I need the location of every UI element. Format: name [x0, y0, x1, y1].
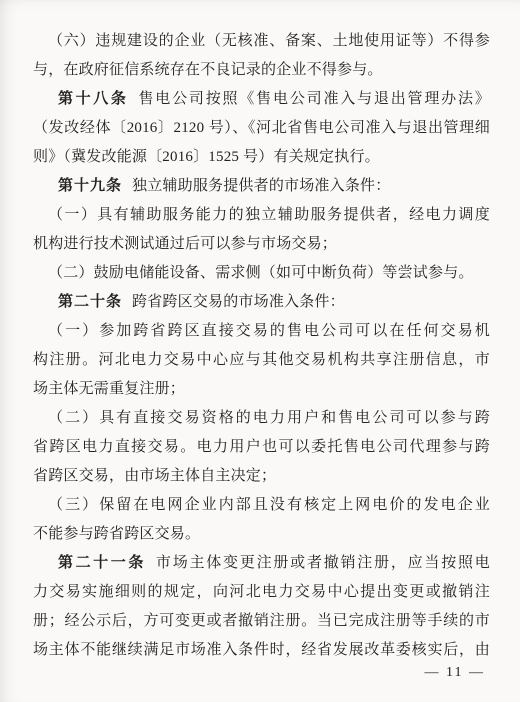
text-line: （三）保留在电网企业内部且没有核定上网电价的发电企业 — [33, 491, 490, 520]
text-line: 场主体无需重复注册； — [33, 375, 490, 404]
line-text: 跨省跨区交易的市场准入条件： — [132, 294, 345, 310]
text-line: （一）参加跨省跨区直接交易的售电公司可以在任何交易机 — [33, 317, 490, 346]
text-line: 省跨区交易，由市场主体自主决定； — [33, 462, 490, 491]
line-text: 独立辅助服务提供者的市场准入条件： — [132, 178, 390, 194]
text-line: 第十八条售电公司按照《售电公司准入与退出管理办法》 — [33, 85, 490, 114]
text-line: 第二十一条市场主体变更注册或者撤销注册，应当按照电 — [33, 549, 490, 578]
document-body: （六）违规建设的企业（无核准、备案、土地使用证等）不得参 与，在政府征信系统存在… — [33, 27, 490, 665]
text-line: （二）具有直接交易资格的电力用户和售电公司可以参与跨 — [33, 404, 490, 433]
document-page: （六）违规建设的企业（无核准、备案、土地使用证等）不得参 与，在政府征信系统存在… — [0, 0, 520, 702]
text-line: 不能参与跨省跨区交易。 — [33, 520, 490, 549]
text-line: 场主体不能继续满足市场准入条件时，经省发展改革委核实后，由 — [33, 636, 490, 665]
text-line: 第二十条跨省跨区交易的市场准入条件： — [33, 288, 490, 317]
line-text: 售电公司按照《售电公司准入与退出管理办法》 — [138, 91, 490, 107]
article-number: 第十八条 — [58, 91, 128, 107]
text-line: （发改经体〔2016〕2120 号）、《河北省售电公司准入与退出管理细 — [33, 114, 490, 143]
article-number: 第十九条 — [58, 178, 122, 194]
text-line: 册；经公示后，方可变更或者撤销注册。当已完成注册等手续的市 — [33, 607, 490, 636]
text-line: 与，在政府征信系统存在不良记录的企业不得参与。 — [33, 56, 490, 85]
text-line: （一）具有辅助服务能力的独立辅助服务提供者，经电力调度 — [33, 201, 490, 230]
text-line: 省跨区电力直接交易。电力用户也可以委托售电公司代理参与跨 — [33, 433, 490, 462]
text-line: 构注册。河北电力交易中心应与其他交易机构共享注册信息，市 — [33, 346, 490, 375]
text-line: （六）违规建设的企业（无核准、备案、土地使用证等）不得参 — [33, 27, 490, 56]
article-number: 第二十一条 — [58, 555, 146, 571]
article-number: 第二十条 — [58, 294, 122, 310]
text-line: （二）鼓励电储能设备、需求侧（如可中断负荷）等尝试参与。 — [33, 259, 490, 288]
line-text: 市场主体变更注册或者撤销注册，应当按照电 — [156, 555, 490, 571]
text-line: 第十九条独立辅助服务提供者的市场准入条件： — [33, 172, 490, 201]
text-line: 机构进行技术测试通过后可以参与市场交易； — [33, 230, 490, 259]
page-number: — 11 — — [425, 663, 485, 683]
text-line: 力交易实施细则的规定，向河北电力交易中心提出变更或撤销注 — [33, 578, 490, 607]
text-line: 则》（冀发改能源〔2016〕1525 号）有关规定执行。 — [33, 143, 490, 172]
